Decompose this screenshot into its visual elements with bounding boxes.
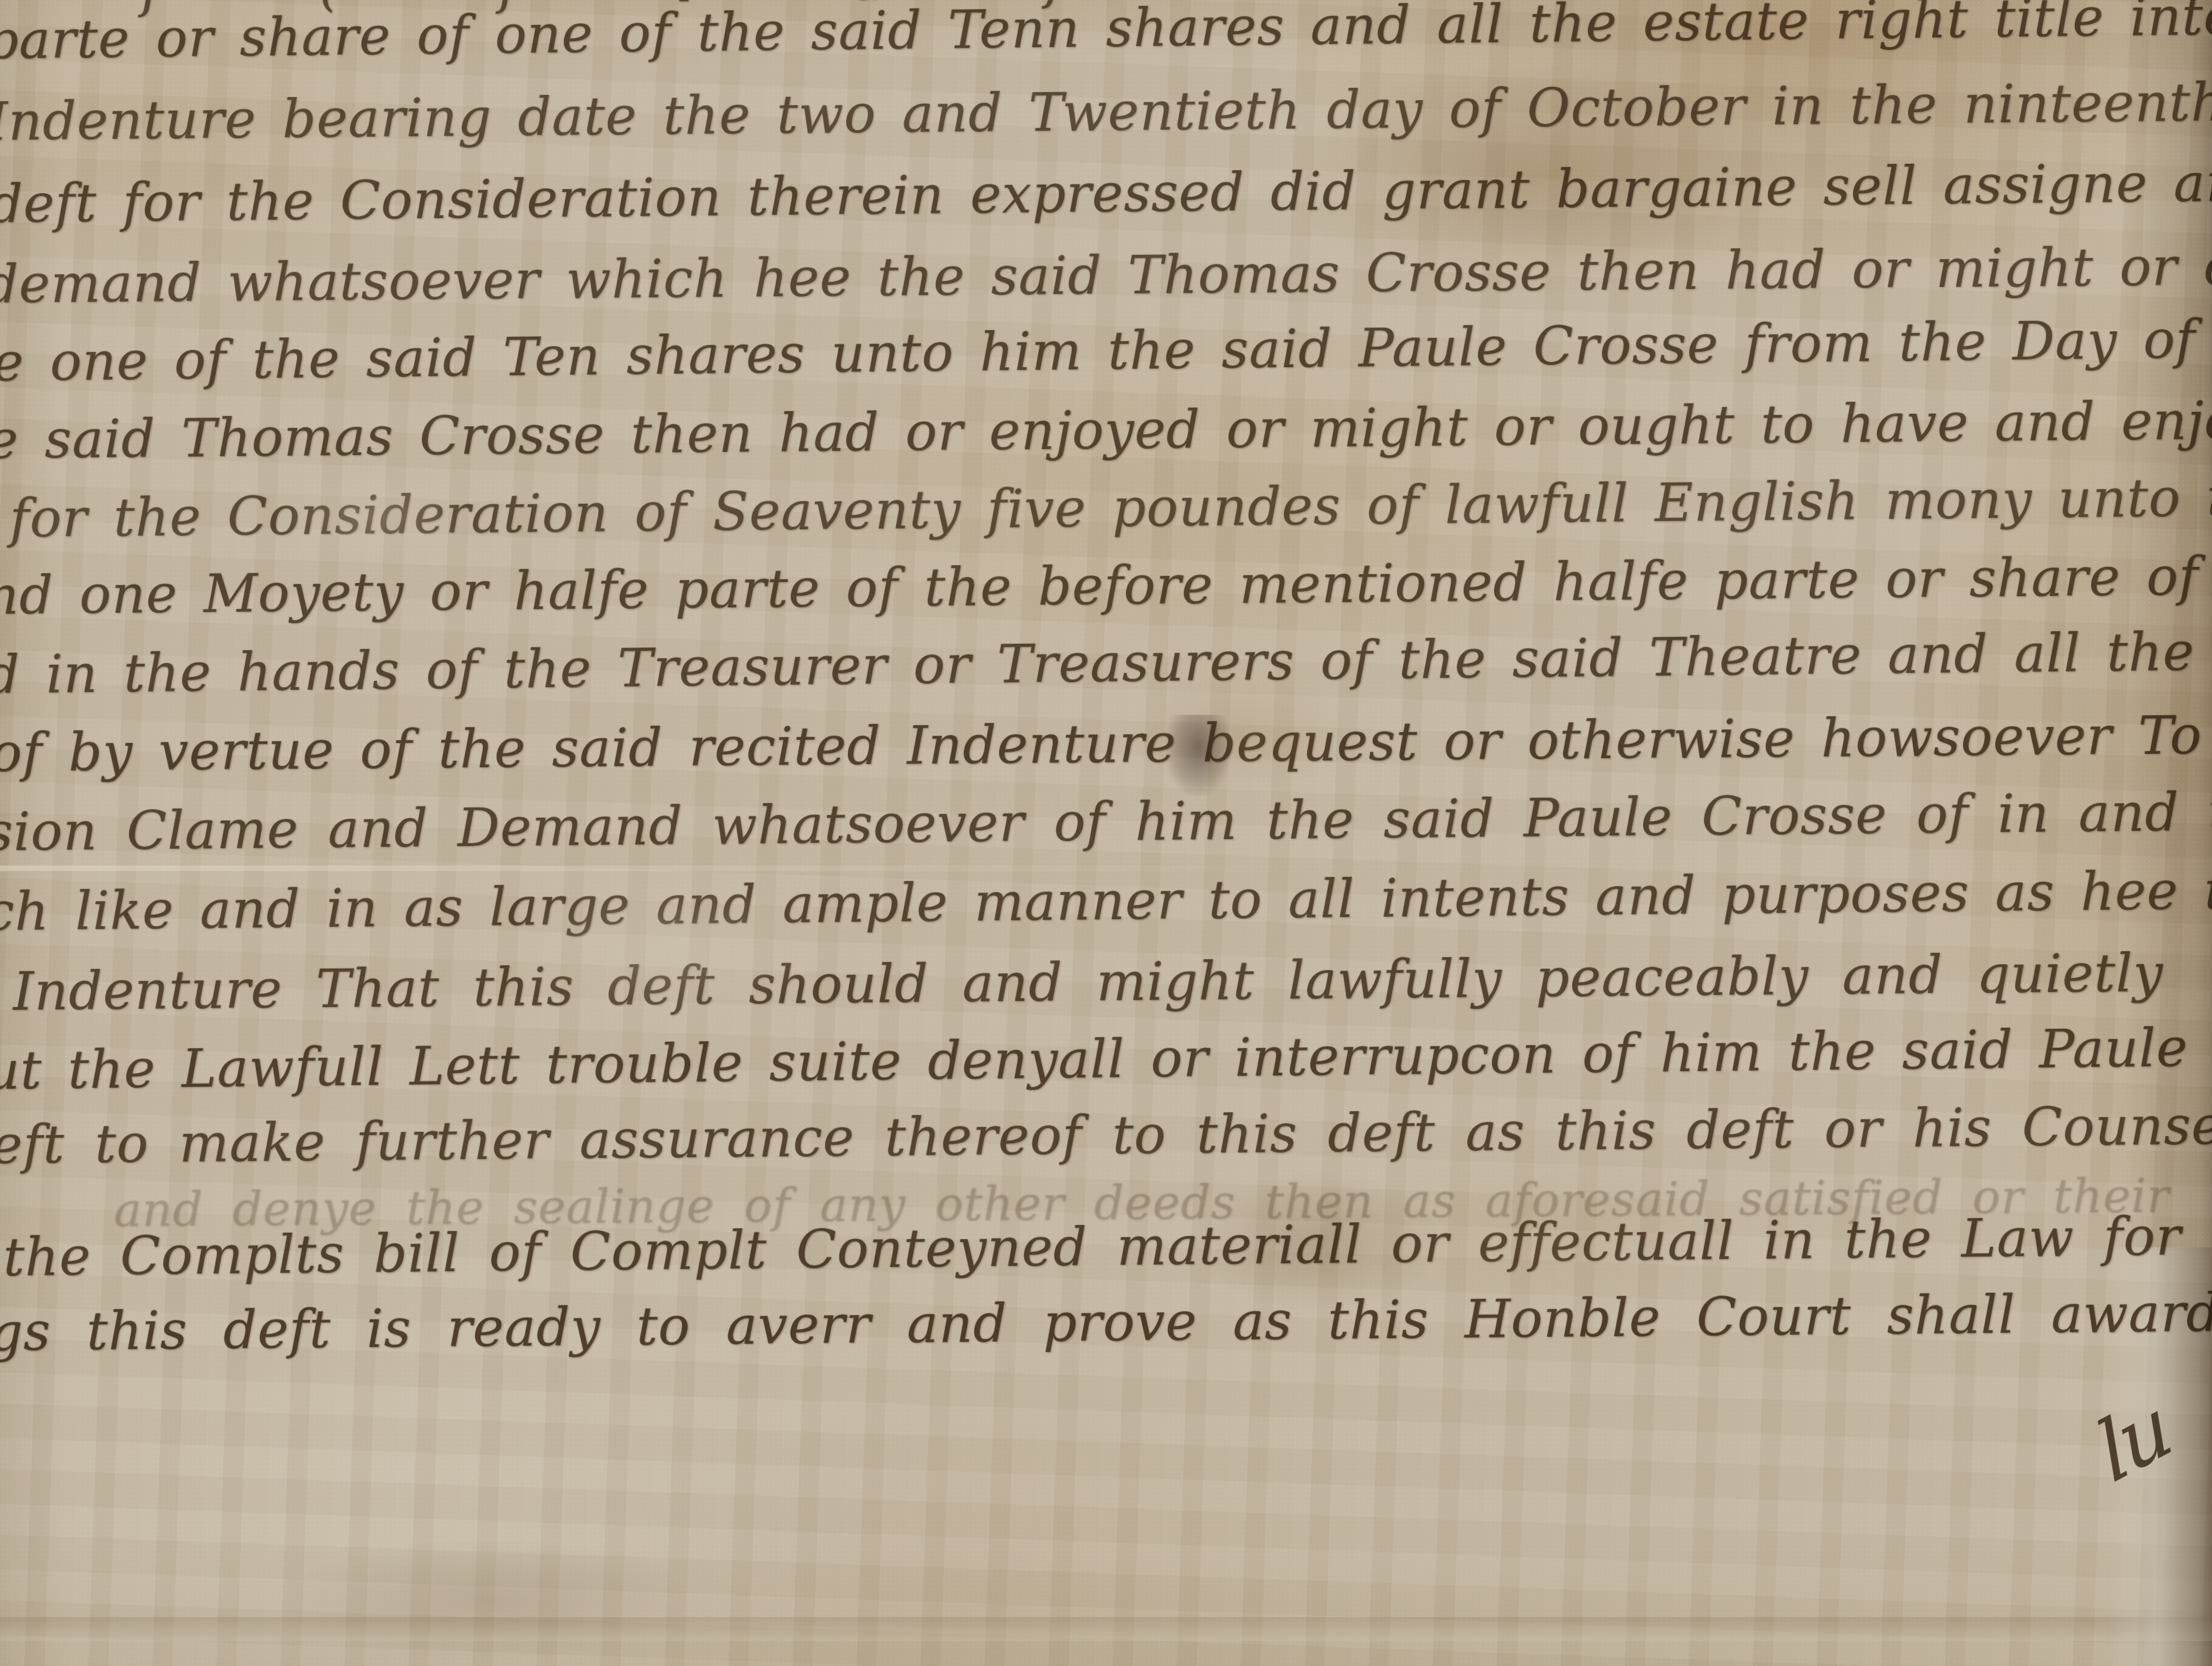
manuscript-line: the Complts bill of Complt Conteyned mat… [3,1204,2212,1289]
manuscript-line: e one of the said Ten shares unto him th… [0,305,2212,394]
page-edge-fold-shadow [2109,1247,2212,1666]
manuscript-line: ch like and in as large and ample manner… [0,858,2212,944]
parchment-crease [0,866,1328,871]
parchment-stain [1290,65,1778,293]
manuscript-line: for the Consideration of Seaventy five p… [9,465,2212,550]
manuscript-line: d in the hands of the Treasurer or Treas… [0,619,2212,707]
parchment-crease [0,1617,2212,1641]
manuscript-line: nd one Moyety or halfe parte of the befo… [0,544,2212,627]
manuscript-line: e said Thomas Crosse then had or enjoyed… [0,387,2212,472]
ink-fragment-bottom-right: lu [2086,1380,2180,1502]
manuscript-line: gs this deft is ready to averr and prove… [0,1282,2212,1363]
manuscript-line: ut the Lawfull Lett trouble suite denyal… [0,1017,2188,1102]
manuscript-line: of by vertue of the said recited Indentu… [0,703,2212,784]
manuscript-line: parte or share of one of the said Tenn s… [0,0,2212,72]
manuscript-line: deft for the Consideration therein expre… [0,149,2212,236]
manuscript-line-faint-interlined: and denye the sealinge of any other deed… [114,1169,2170,1239]
manuscript-line: sion Clame and Demand whatsoever of him … [0,780,2212,864]
parchment-page: f ( f l d f parte or share of one of the… [0,0,2212,1666]
manuscript-line: demand whatsoever which hee the said Tho… [0,233,2212,316]
ink-blot-stain [1166,715,1231,796]
manuscript-line: eft to make further assurance thereof to… [0,1095,2212,1177]
manuscript-line: Indenture bearing date the two and Twent… [0,70,2212,153]
manuscript-line: Indenture That this deft should and migh… [13,942,2164,1023]
parchment-stain [282,1540,694,1659]
cut-off-line-ascenders: f ( f l d f [140,0,1065,20]
ink-smudge-stain [1193,1171,1442,1312]
